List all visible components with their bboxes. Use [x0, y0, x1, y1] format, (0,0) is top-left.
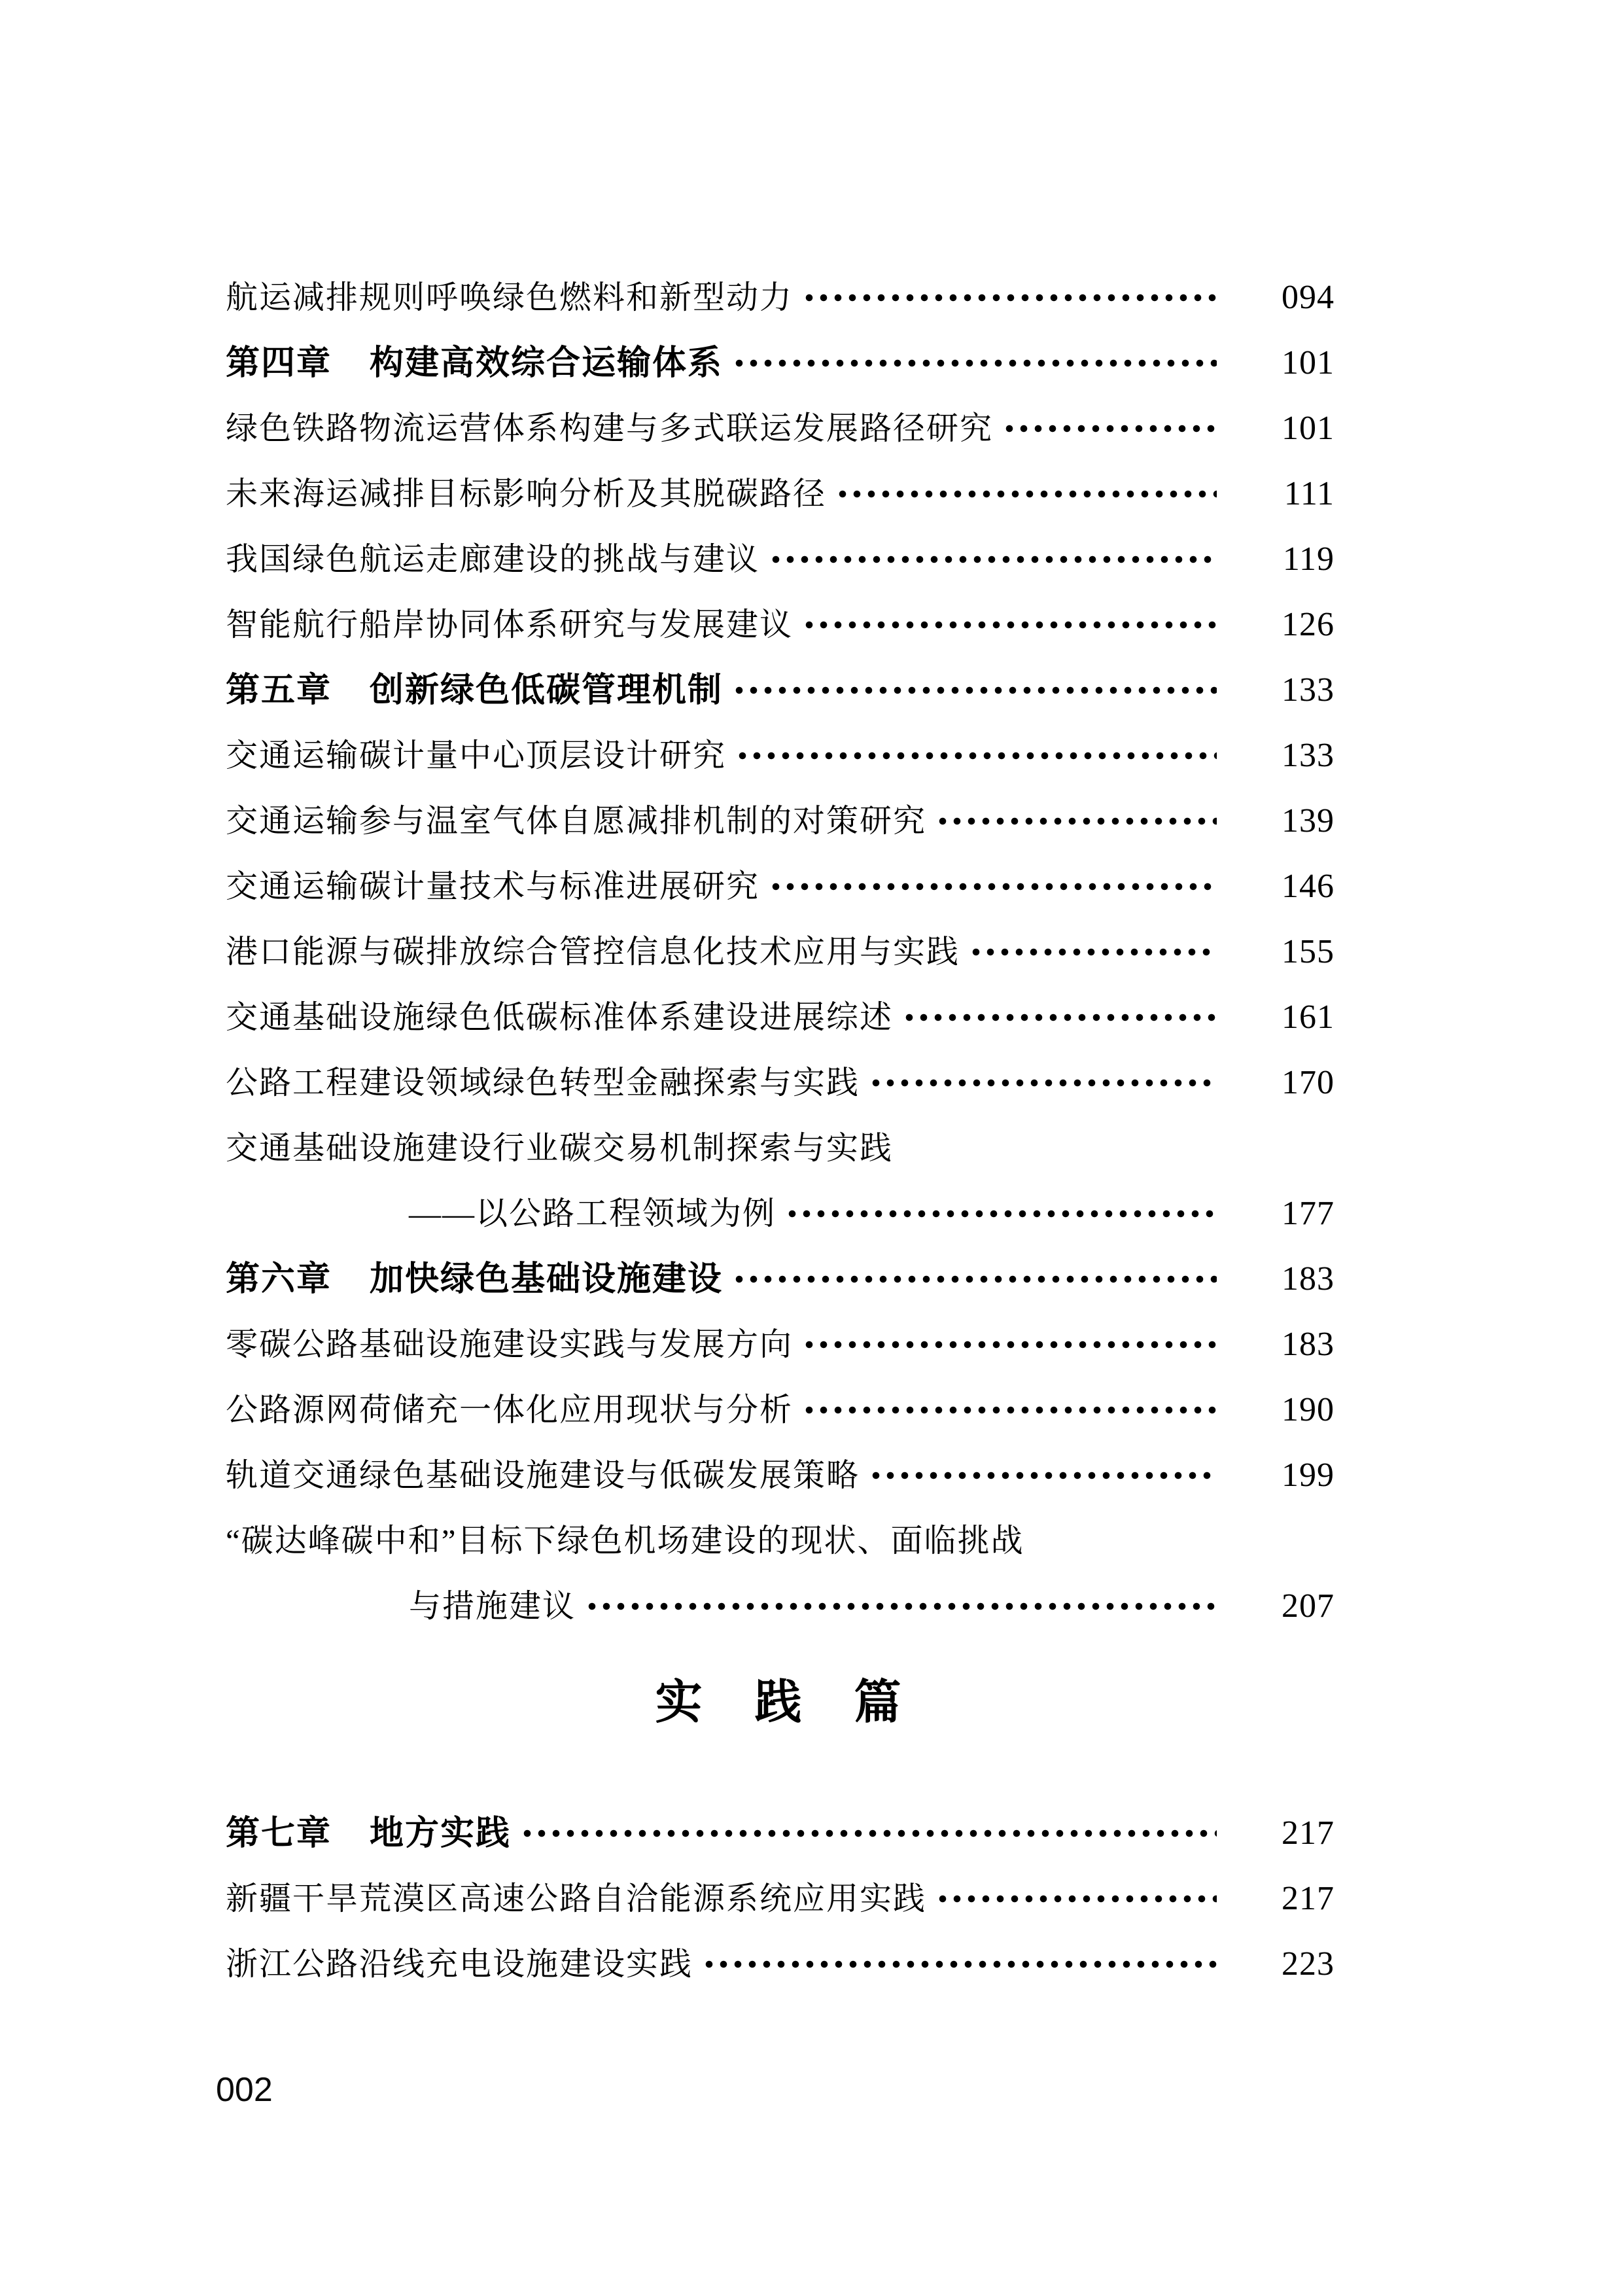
toc-entry-continuation-row: 与措施建议207 [226, 1590, 1335, 1623]
toc-list: 航运减排规则呼唤绿色燃料和新型动力094第四章构建高效综合运输体系101绿色铁路… [226, 281, 1335, 2013]
entry-title: 交通运输碳计量技术与标准进展研究 [226, 870, 759, 903]
entry-page-number: 126 [1236, 609, 1335, 641]
entry-page-number: 170 [1236, 1067, 1335, 1099]
entry-page-number: 155 [1236, 936, 1335, 968]
entry-page-number: 139 [1236, 805, 1335, 838]
toc-entry-row: 公路工程建设领域绿色转型金融探索与实践170 [226, 1067, 1335, 1099]
entry-page-number: 161 [1236, 1001, 1335, 1034]
entry-title: 公路工程建设领域绿色转型金融探索与实践 [226, 1067, 860, 1099]
entry-title: 新疆干旱荒漠区高速公路自洽能源系统应用实践 [226, 1882, 926, 1915]
toc-entry-row: 交通运输参与温室气体自愿减排机制的对策研究139 [226, 805, 1335, 838]
dot-leader [1002, 412, 1217, 445]
entry-page-number: 199 [1236, 1459, 1335, 1492]
entry-title: 构建高效综合运输体系 [370, 347, 723, 380]
entry-page-number: 119 [1236, 543, 1335, 576]
dot-leader [769, 543, 1217, 576]
entry-title: “碳达峰碳中和”目标下绿色机场建设的现状、面临挑战 [226, 1525, 1024, 1557]
dot-leader [802, 1328, 1217, 1361]
toc-entry-row: 绿色铁路物流运营体系构建与多式联运发展路径研究101 [226, 412, 1335, 445]
toc-entry-row: 航运减排规则呼唤绿色燃料和新型动力094 [226, 281, 1335, 314]
dot-leader [520, 1817, 1217, 1850]
entry-title: 浙江公路沿线充电设施建设实践 [226, 1948, 693, 1981]
entry-title: 公路源网荷储充一体化应用现状与分析 [226, 1394, 793, 1426]
dot-leader [835, 478, 1217, 510]
entry-page-number: 133 [1236, 674, 1335, 707]
entry-title: 零碳公路基础设施建设实践与发展方向 [226, 1328, 793, 1361]
chapter-label: 第五章 [226, 674, 370, 707]
entry-page-number: 217 [1236, 1817, 1335, 1850]
toc-entry-row: 未来海运减排目标影响分析及其脱碳路径111 [226, 478, 1335, 510]
entry-page-number: 183 [1236, 1328, 1335, 1361]
entry-page-number: 177 [1236, 1197, 1335, 1230]
entry-title: 加快绿色基础设施建设 [370, 1263, 723, 1296]
entry-page-number: 217 [1236, 1882, 1335, 1915]
entry-title: 绿色铁路物流运营体系构建与多式联运发展路径研究 [226, 412, 993, 445]
toc-entry-row: 港口能源与碳排放综合管控信息化技术应用与实践155 [226, 936, 1335, 968]
entry-page-number: 111 [1236, 478, 1335, 510]
toc-entry-row: 公路源网荷储充一体化应用现状与分析190 [226, 1394, 1335, 1426]
page-folio: 002 [216, 2073, 273, 2107]
entry-page-number: 207 [1236, 1590, 1335, 1623]
toc-entry-row: 交通基础设施建设行业碳交易机制探索与实践 [226, 1132, 1335, 1165]
toc-entry-row: 零碳公路基础设施建设实践与发展方向183 [226, 1328, 1335, 1361]
dot-leader [935, 805, 1217, 838]
entry-page-number: 101 [1236, 412, 1335, 445]
dot-leader [785, 1197, 1217, 1230]
entry-title: 创新绿色低碳管理机制 [370, 674, 723, 707]
toc-entry-row: 我国绿色航运走廊建设的挑战与建议119 [226, 543, 1335, 576]
toc-entry-row: “碳达峰碳中和”目标下绿色机场建设的现状、面临挑战 [226, 1525, 1335, 1557]
entry-title: 与措施建议 [409, 1590, 576, 1623]
entry-page-number: 133 [1236, 739, 1335, 772]
dot-leader [869, 1067, 1217, 1099]
toc-chapter-row: 第七章地方实践217 [226, 1817, 1335, 1850]
toc-entry-row: 交通运输碳计量技术与标准进展研究146 [226, 870, 1335, 903]
dot-leader [802, 1394, 1217, 1426]
toc-chapter-row: 第五章创新绿色低碳管理机制133 [226, 674, 1335, 707]
toc-entry-row: 智能航行船岸协同体系研究与发展建议126 [226, 609, 1335, 641]
entry-page-number: 094 [1236, 281, 1335, 314]
toc-entry-row: 新疆干旱荒漠区高速公路自洽能源系统应用实践217 [226, 1882, 1335, 1915]
entry-title: ——以公路工程领域为例 [409, 1197, 776, 1230]
toc-entry-continuation-row: ——以公路工程领域为例177 [226, 1197, 1335, 1230]
dot-leader [869, 1459, 1217, 1492]
dot-leader [702, 1948, 1217, 1981]
part-section-heading: 实 践 篇 [226, 1678, 1335, 1727]
entry-title: 交通基础设施绿色低碳标准体系建设进展综述 [226, 1001, 893, 1034]
toc-chapter-row: 第四章构建高效综合运输体系101 [226, 347, 1335, 380]
entry-title: 港口能源与碳排放综合管控信息化技术应用与实践 [226, 936, 960, 968]
entry-title: 地方实践 [370, 1817, 511, 1850]
entry-page-number: 101 [1236, 347, 1335, 380]
dot-leader [732, 674, 1217, 707]
entry-page-number: 223 [1236, 1948, 1335, 1981]
dot-leader [732, 1263, 1217, 1296]
toc-chapter-row: 第六章加快绿色基础设施建设183 [226, 1263, 1335, 1296]
entry-title: 轨道交通绿色基础设施建设与低碳发展策略 [226, 1459, 860, 1492]
chapter-label: 第四章 [226, 347, 370, 380]
dot-leader [585, 1590, 1217, 1623]
toc-entry-row: 交通运输碳计量中心顶层设计研究133 [226, 739, 1335, 772]
entry-title: 智能航行船岸协同体系研究与发展建议 [226, 609, 793, 641]
dot-leader [969, 936, 1217, 968]
dot-leader [802, 281, 1217, 314]
chapter-label: 第七章 [226, 1817, 370, 1850]
entry-title: 我国绿色航运走廊建设的挑战与建议 [226, 543, 759, 576]
dot-leader [735, 739, 1217, 772]
dot-leader [732, 347, 1217, 380]
dot-leader [902, 1001, 1217, 1034]
dot-leader [769, 870, 1217, 903]
entry-page-number: 183 [1236, 1263, 1335, 1296]
dot-leader [802, 609, 1217, 641]
entry-title: 交通运输碳计量中心顶层设计研究 [226, 739, 726, 772]
entry-page-number: 146 [1236, 870, 1335, 903]
entry-title: 航运减排规则呼唤绿色燃料和新型动力 [226, 281, 793, 314]
entry-page-number: 190 [1236, 1394, 1335, 1426]
entry-title: 未来海运减排目标影响分析及其脱碳路径 [226, 478, 826, 510]
toc-entry-row: 轨道交通绿色基础设施建设与低碳发展策略199 [226, 1459, 1335, 1492]
toc-entry-row: 浙江公路沿线充电设施建设实践223 [226, 1948, 1335, 1981]
entry-title: 交通基础设施建设行业碳交易机制探索与实践 [226, 1132, 893, 1165]
dot-leader [935, 1882, 1217, 1915]
toc-entry-row: 交通基础设施绿色低碳标准体系建设进展综述161 [226, 1001, 1335, 1034]
chapter-label: 第六章 [226, 1263, 370, 1296]
entry-title: 交通运输参与温室气体自愿减排机制的对策研究 [226, 805, 926, 838]
